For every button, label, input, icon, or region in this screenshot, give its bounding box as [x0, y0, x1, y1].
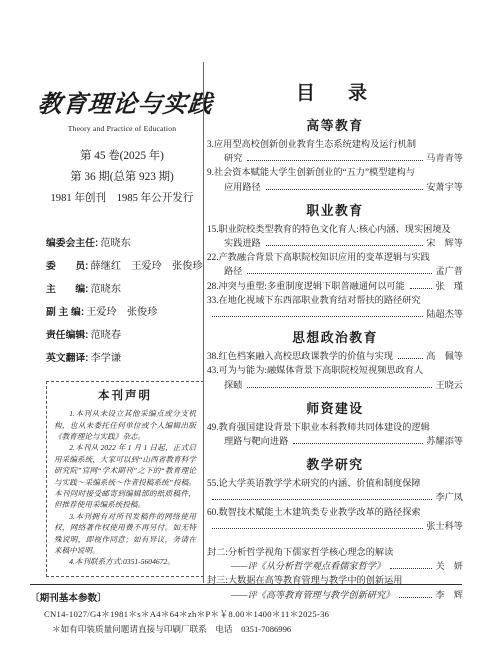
- statement-title: 本刊声明: [54, 388, 196, 405]
- toc-entry-line: 49.教育强国建设背景下职业本科教师共同体建设的逻辑: [207, 420, 463, 434]
- journal-info-panel: 教育理论与实践 Theory and Practice of Education…: [38, 84, 206, 577]
- journal-contents-page: 教育理论与实践 Theory and Practice of Education…: [0, 0, 490, 665]
- column-divider: [203, 62, 204, 583]
- toc-entry-author: 陆超杰等: [426, 307, 463, 321]
- toc-entry: 60.数智技术赋能土木建筑类专业教学改革的路径探索 张士科等: [207, 505, 463, 533]
- toc-cover2-entry: 封二:分析哲学视角下儒家哲学核心理念的解读 ——评《从分析哲学观点看儒家哲学》 …: [207, 545, 463, 573]
- toc-entry-continuation: 研究: [224, 151, 242, 165]
- toc-entry-line: 9.社会资本赋能大学生创新创业的“五力”模型建构与: [207, 165, 463, 179]
- print-quality-note: ＊如有印装质量问题请直接与印刷厂联系 电话 0351-7086996: [52, 623, 462, 635]
- toc-entry-line: 60.数智技术赋能土木建筑类专业教学改革的路径探索: [207, 505, 463, 519]
- toc-entry-line: 43.可为与能为:融媒体背景下高职院校短视频思政育人: [207, 363, 463, 377]
- toc-entry-line: 封二:分析哲学视角下儒家哲学核心理念的解读: [207, 545, 463, 559]
- toc-entry: 28.冲突与重塑:多重制度逻辑下职普融通何以可能 张 瑾: [207, 279, 463, 293]
- editorial-row: 副 主 编: 王爱玲 张俊珍: [46, 306, 206, 319]
- toc-entry-continuation: 实践进路: [224, 236, 261, 250]
- founded-line: 1981 年创刊 1985 年公开发行: [38, 188, 206, 209]
- editorial-value: 薛继红 王爱玲 张俊珍: [90, 260, 202, 273]
- params-title: 〔期刊基本参数〕: [30, 590, 462, 604]
- toc-section-heading: 高等教育: [207, 115, 463, 134]
- toc-entry-author: 李广凤: [435, 490, 463, 504]
- dot-leader: [212, 316, 423, 317]
- dot-leader: [212, 499, 432, 500]
- editorial-row: 责任编辑: 范晓春: [46, 329, 206, 342]
- toc-entry-line: 55.论大学英语教学学术研究的内涵、价值和制度保障: [207, 476, 463, 490]
- toc-entry-continuation: 路径: [224, 264, 242, 278]
- editorial-label: 英文翻译:: [46, 352, 88, 365]
- toc-panel: 目 录 高等教育 3.应用型高校创新创业教育生态系统建构及运行机制 研究 马青青…: [207, 74, 463, 602]
- editorial-label: 编委会主任:: [46, 237, 98, 250]
- editorial-label: 主 编:: [46, 283, 88, 296]
- toc-entry: 38.红色档案融入高校思政课教学的价值与实现 高 佩等: [207, 349, 463, 363]
- dot-leader: [390, 568, 432, 569]
- toc-entry-continuation: ——评《从分析哲学观点看儒家哲学》: [231, 559, 385, 573]
- toc-entry-author: 高 佩等: [426, 349, 463, 363]
- toc-entry: 33.在地化视域下东西部职业教育结对帮扶的路径研究 陆超杰等: [207, 293, 463, 321]
- toc-entry-line: 22.产教融合背景下高职院校知识应用的变革逻辑与实践: [207, 250, 463, 264]
- toc-entry-author: 宋 辉等: [426, 236, 463, 250]
- dot-leader: [247, 160, 423, 161]
- toc-entry-author: 安萧宇等: [426, 180, 463, 194]
- toc-entry-author: 张士科等: [426, 519, 463, 533]
- toc-title: 目 录: [207, 78, 463, 105]
- editorial-row: 英文翻译: 李学谦: [46, 352, 206, 365]
- footer-divider: [30, 584, 462, 585]
- statement-paragraph: 2.本刊从 2022 年 1 月 1 日起，正式启用采编系统，大家可以到“山西省…: [54, 442, 196, 510]
- toc-entry: 15.职业院校类型教育的特色文化育人:核心内涵、现实困境及 实践进路 宋 辉等: [207, 222, 463, 250]
- journal-logo-calligraphy: 教育理论与实践: [36, 84, 207, 119]
- toc-entry-author: 关 妍: [435, 559, 463, 573]
- toc-entry: 22.产教融合背景下高职院校知识应用的变革逻辑与实践 路径 孟广普: [207, 250, 463, 278]
- toc-entry-continuation: 理路与靶向进路: [224, 434, 288, 448]
- issue-line: 第 36 期(总第 923 期): [38, 167, 206, 188]
- toc-entry-line: 封三:大数据在高等教育管理与教学中的创新运用: [207, 573, 463, 587]
- toc-entry: 55.论大学英语教学学术研究的内涵、价值和制度保障 李广凤: [207, 476, 463, 504]
- editorial-value: 李学谦: [90, 352, 121, 365]
- statement-paragraph: 4.本刊联系方式:0351-5604672。: [54, 556, 196, 567]
- toc-entry-continuation: 应用路径: [224, 180, 261, 194]
- toc-entry: 43.可为与能为:融媒体背景下高职院校短视频思政育人 探赜 王晓云: [207, 363, 463, 391]
- editorial-row: 委 员: 薛继红 王爱玲 张俊珍: [46, 260, 206, 273]
- statement-paragraph: 1.本刊从未设立其他采编点或分支机构，也从未委托任何单位或个人编辑出版《教育理论…: [54, 408, 196, 442]
- toc-entry-author: 张 瑾: [435, 279, 463, 293]
- toc-entry: 49.教育强国建设背景下职业本科教师共同体建设的逻辑 理路与靶向进路 苏耀添等: [207, 420, 463, 448]
- editorial-value: 范晓春: [90, 329, 121, 342]
- editorial-value: 王爱玲 张俊珍: [86, 306, 157, 319]
- toc-entry-line: 38.红色档案融入高校思政课教学的价值与实现: [207, 349, 393, 363]
- editorial-value: 范晓东: [90, 283, 121, 296]
- toc-entry-line: 28.冲突与重塑:多重制度逻辑下职普融通何以可能: [207, 279, 405, 293]
- toc-section-heading: 思想政治教育: [207, 327, 463, 346]
- toc-entry-line: 3.应用型高校创新创业教育生态系统建构及运行机制: [207, 137, 463, 151]
- journal-statement-box: 本刊声明 1.本刊从未设立其他采编点或分支机构，也从未委托任何单位或个人编辑出版…: [46, 381, 204, 577]
- editorial-row: 编委会主任: 范晓东: [46, 237, 206, 250]
- toc-entry-author: 马青青等: [426, 151, 463, 165]
- params-line: CN14-1027/G4＊1981＊s＊A4＊64＊zh＊P＊￥8.00＊140…: [44, 608, 462, 620]
- dot-leader: [398, 358, 423, 359]
- editorial-label: 副 主 编:: [46, 306, 84, 319]
- toc-entry-author: 王晓云: [435, 378, 463, 392]
- dot-leader: [410, 288, 433, 289]
- editorial-value: 范晓东: [100, 237, 131, 250]
- dot-leader: [266, 189, 424, 190]
- statement-paragraph: 3.本刊拥有对所刊发稿件的网络使用权，网络著作权使用费不再另付。如无特殊说明，即…: [54, 511, 196, 557]
- toc-entry-line: 33.在地化视域下东西部职业教育结对帮扶的路径研究: [207, 293, 463, 307]
- toc-section-heading: 师资建设: [207, 398, 463, 417]
- toc-entry: 9.社会资本赋能大学生创新创业的“五力”模型建构与 应用路径 安萧宇等: [207, 165, 463, 193]
- journal-title-english: Theory and Practice of Education: [38, 124, 206, 133]
- dot-leader: [293, 443, 423, 444]
- toc-section-heading: 教学研究: [207, 454, 463, 473]
- volume-line: 第 45 卷(2025 年): [38, 146, 206, 167]
- toc-entry-continuation: 探赜: [224, 378, 242, 392]
- dot-leader: [247, 273, 432, 274]
- dot-leader: [247, 387, 432, 388]
- issue-info-block: 第 45 卷(2025 年) 第 36 期(总第 923 期) 1981 年创刊…: [38, 146, 206, 209]
- editorial-board-list: 编委会主任: 范晓东 委 员: 薛继红 王爱玲 张俊珍 主 编: 范晓东 副 主…: [38, 237, 206, 365]
- dot-leader: [266, 245, 424, 246]
- dot-leader: [212, 528, 423, 529]
- editorial-label: 责任编辑:: [46, 329, 88, 342]
- toc-section-heading: 职业教育: [207, 200, 463, 219]
- editorial-row: 主 编: 范晓东: [46, 283, 206, 296]
- toc-entry-author: 孟广普: [435, 264, 463, 278]
- editorial-label: 委 员:: [46, 260, 88, 273]
- toc-entry-line: 15.职业院校类型教育的特色文化育人:核心内涵、现实困境及: [207, 222, 463, 236]
- journal-parameters-footer: 〔期刊基本参数〕 CN14-1027/G4＊1981＊s＊A4＊64＊zh＊P＊…: [30, 590, 462, 635]
- toc-entry: 3.应用型高校创新创业教育生态系统建构及运行机制 研究 马青青等: [207, 137, 463, 165]
- toc-entry-author: 苏耀添等: [426, 434, 463, 448]
